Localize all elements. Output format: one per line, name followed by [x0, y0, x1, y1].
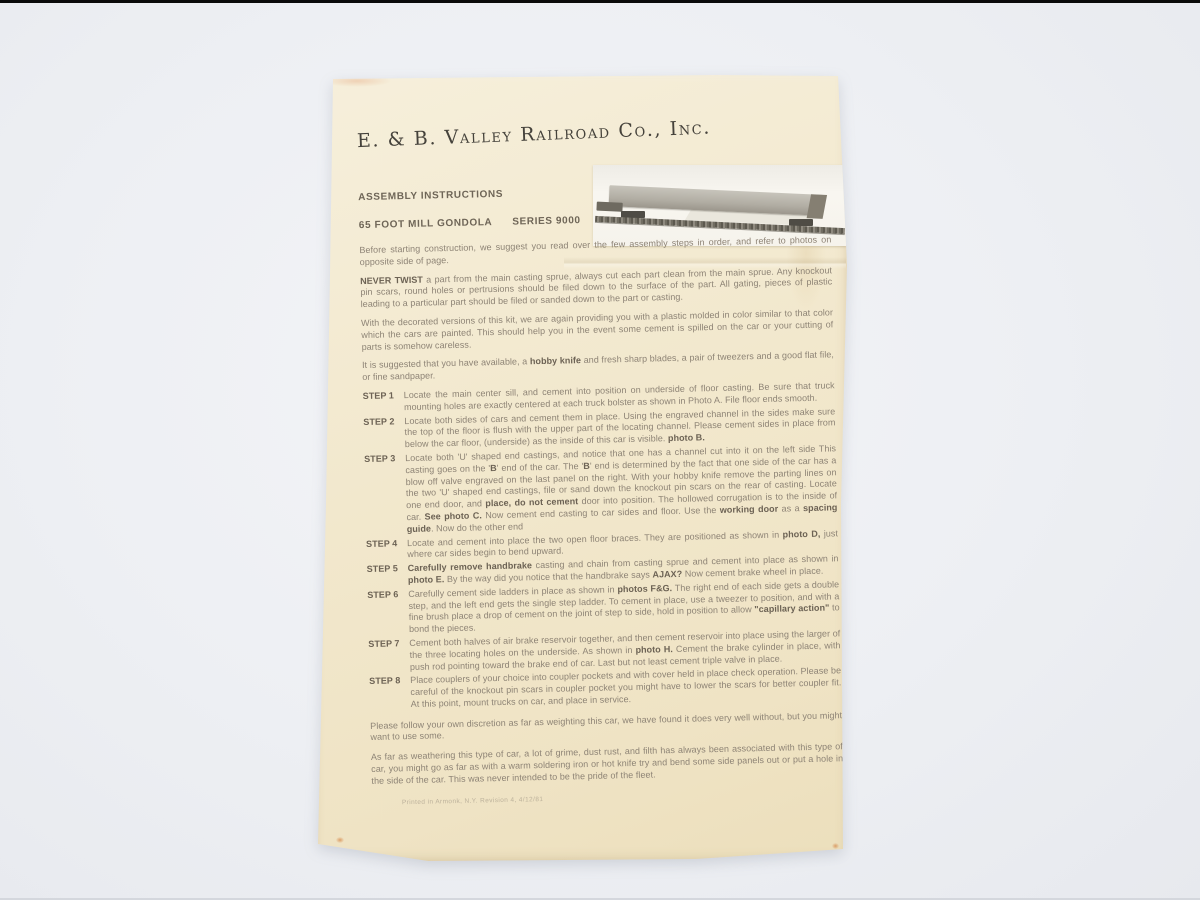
letterbox-bar-top [0, 0, 1200, 3]
closing-paragraph: As far as weathering this type of car, a… [371, 742, 844, 788]
step-label: STEP 5 [367, 563, 409, 588]
instruction-sheet: E. & B. Valley Railroad Co., Inc. ASSEMB… [316, 73, 848, 863]
step-label: STEP 6 [367, 589, 409, 637]
kit-series-label: SERIES 9000 [512, 215, 581, 228]
assembly-instructions-heading: ASSEMBLY INSTRUCTIONS [358, 181, 841, 203]
document-content: E. & B. Valley Railroad Co., Inc. ASSEMB… [307, 67, 855, 810]
step-text: Locate both 'U' shaped end castings, and… [405, 443, 838, 535]
step-row: STEP 3 Locate both 'U' shaped end castin… [364, 443, 838, 536]
intro-paragraph: It is suggested that you have available,… [362, 350, 834, 384]
instruction-sheet-wrap: E. & B. Valley Railroad Co., Inc. ASSEMB… [316, 73, 848, 863]
closing-paragraphs: Please follow your own discretion as far… [370, 710, 843, 788]
intro-paragraph: NEVER TWIST a part from the main casting… [360, 265, 833, 311]
step-label: STEP 7 [368, 638, 410, 674]
step-text: Carefully cement side ladders in place a… [408, 579, 840, 636]
closing-paragraph: Please follow your own discretion as far… [370, 710, 842, 744]
paper-stain [336, 837, 344, 843]
step-row: STEP 6 Carefully cement side ladders in … [367, 579, 840, 637]
step-label: STEP 8 [369, 675, 411, 711]
intro-paragraph: Before starting construction, we suggest… [359, 234, 831, 268]
body-text: Before starting construction, we suggest… [359, 234, 844, 809]
kit-model-label: 65 FOOT MILL GONDOLA [359, 217, 493, 231]
step-label: STEP 3 [364, 453, 407, 536]
paper-stain [832, 843, 839, 849]
step-text: Place couplers of your choice into coupl… [410, 666, 842, 711]
steps-list: STEP 1 Locate the main center sill, and … [363, 380, 842, 711]
step-label: STEP 1 [363, 390, 405, 415]
company-name: E. & B. Valley Railroad Co., Inc. [357, 112, 840, 153]
step-label: STEP 4 [366, 538, 408, 563]
kit-title: 65 FOOT MILL GONDOLASERIES 9000 [359, 209, 842, 231]
step-label: STEP 2 [363, 416, 405, 452]
intro-paragraph: With the decorated versions of this kit,… [361, 307, 834, 353]
print-revision-note: Printed in Armonk, N.Y. Revision 4, 4/12… [402, 787, 844, 809]
